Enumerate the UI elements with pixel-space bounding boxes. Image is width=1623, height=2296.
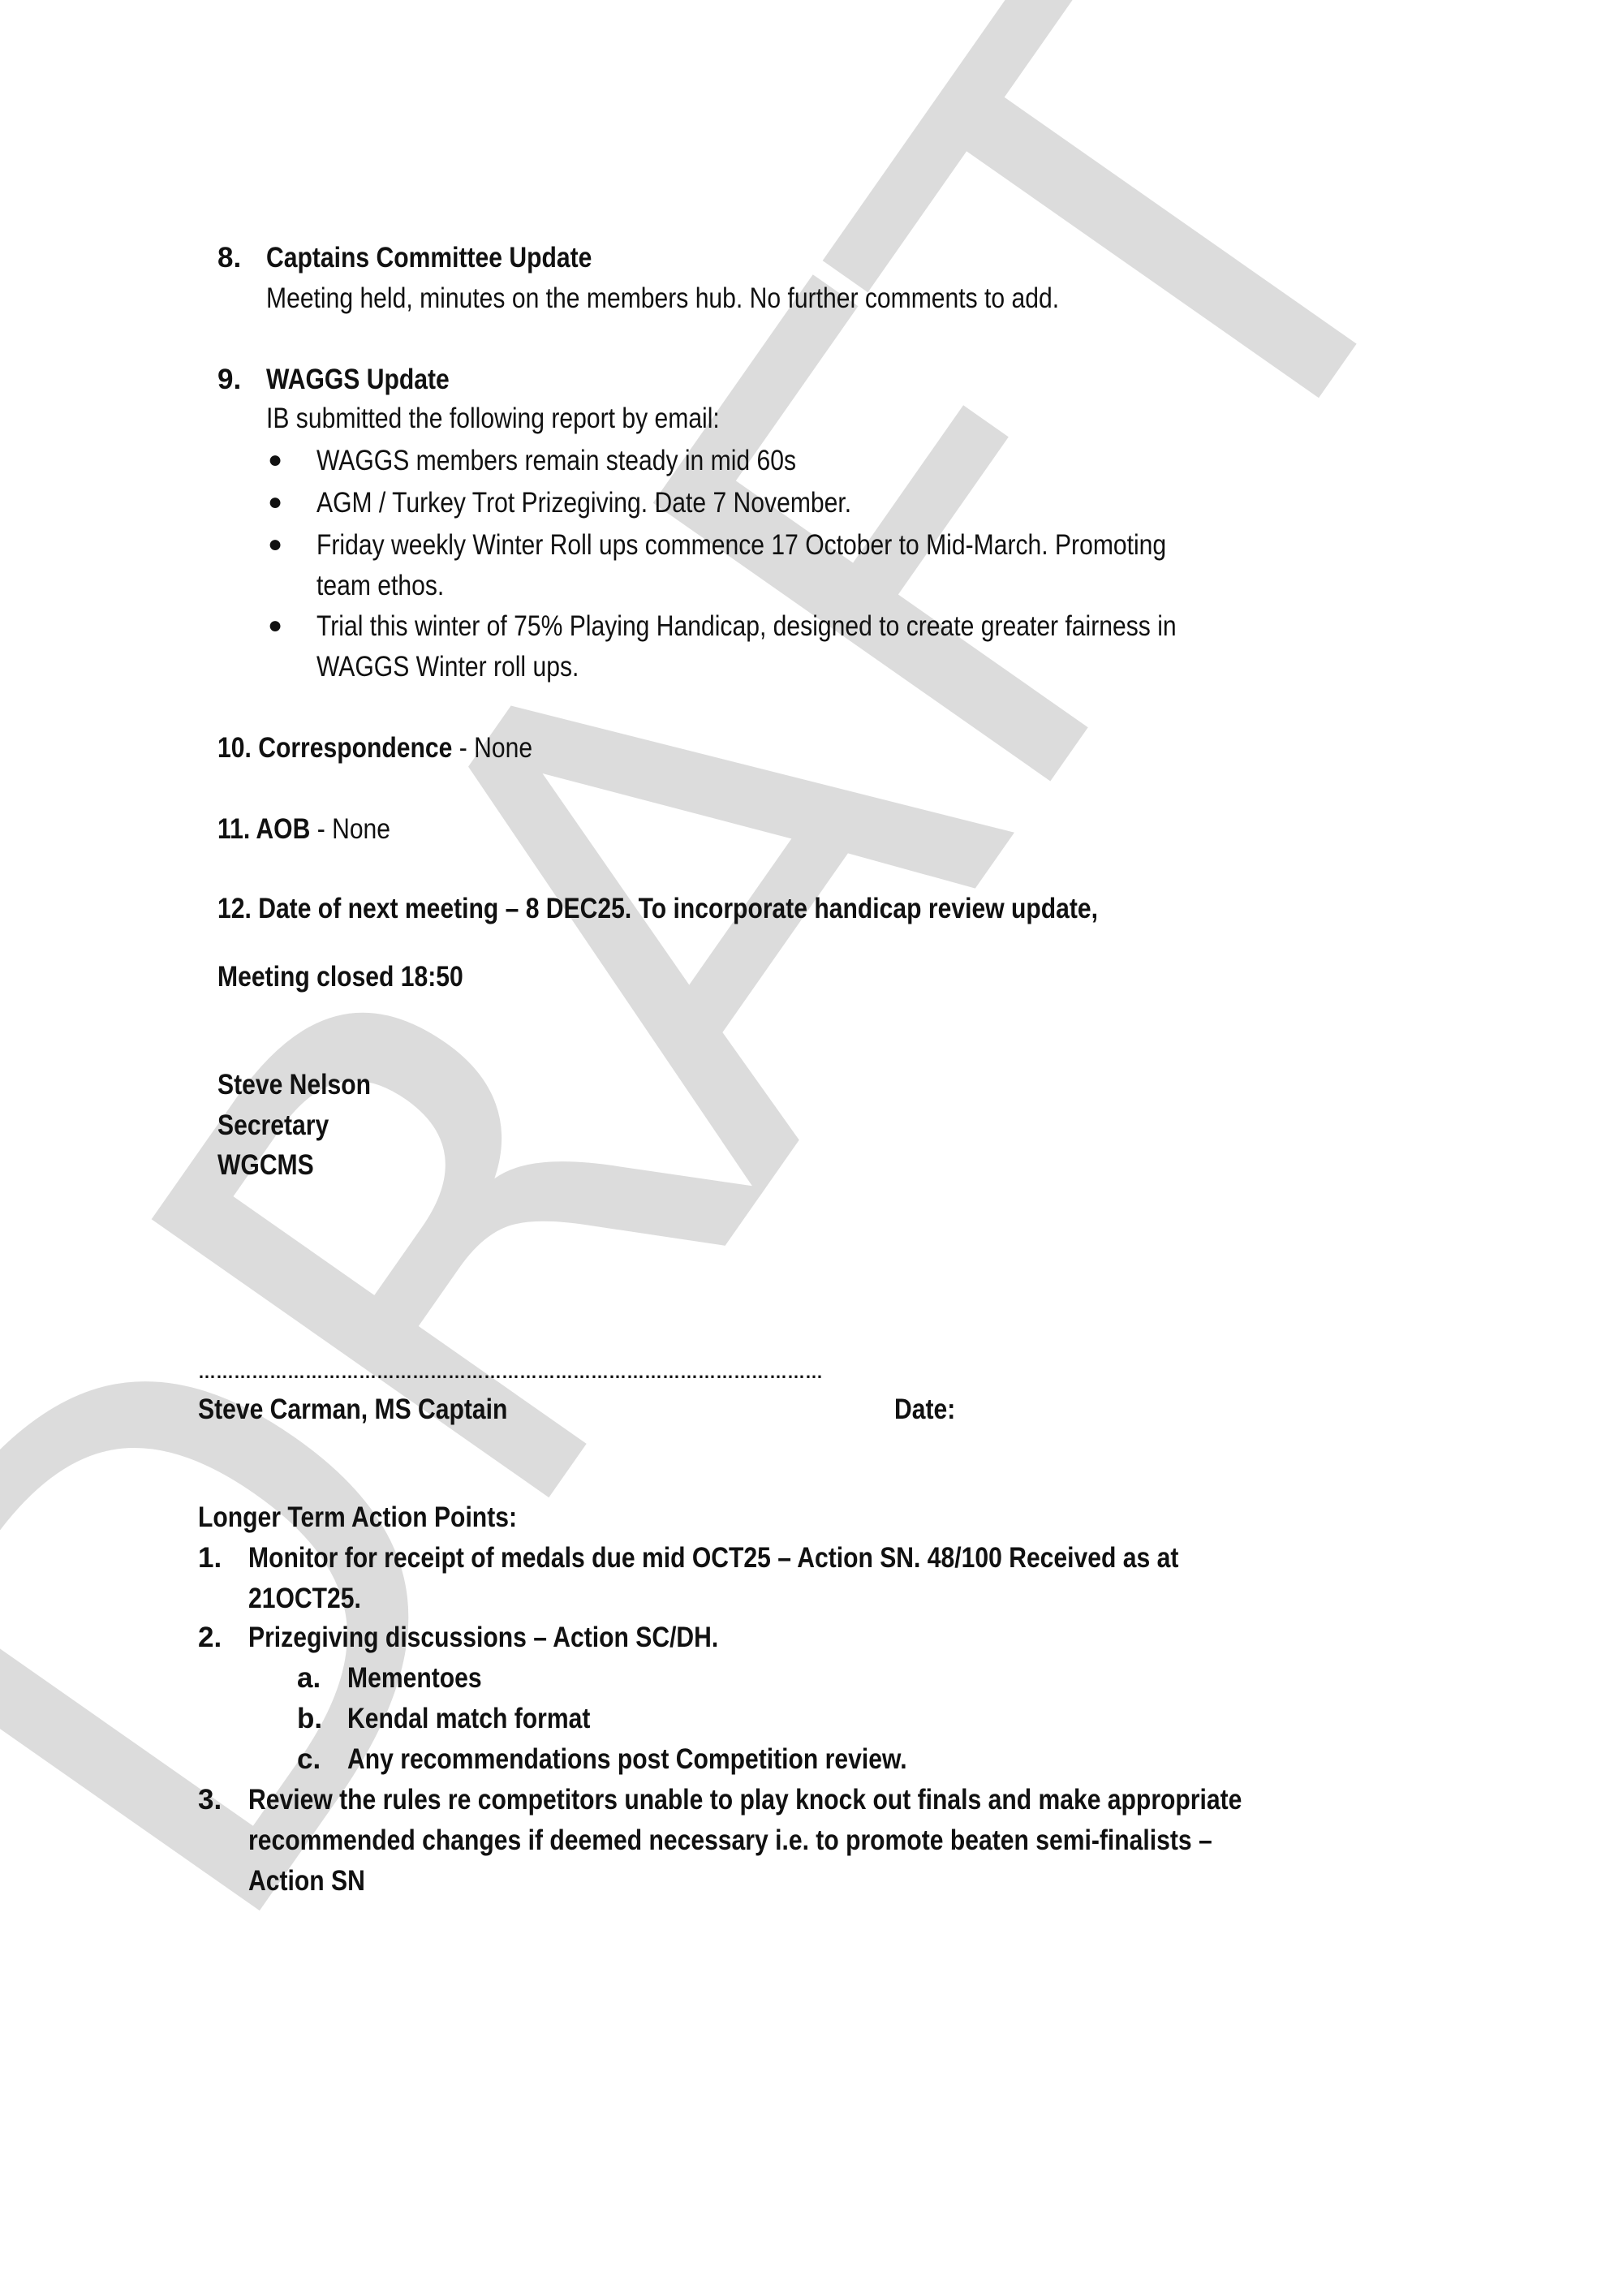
section-title: WAGGS Update: [266, 362, 450, 398]
signature-dotted-line: ……………………………………………………………………………………………: [198, 1360, 823, 1385]
action-number: 1.: [198, 1540, 222, 1576]
bullet-item: Friday weekly Winter Roll ups commence 1…: [316, 528, 1166, 563]
date-label: Date:: [894, 1392, 955, 1428]
section-number: 9.: [217, 362, 241, 398]
section-body: Meeting held, minutes on the members hub…: [266, 281, 1059, 317]
action-item-continued: recommended changes if deemed necessary …: [248, 1823, 1212, 1859]
bullet-item: WAGGS members remain steady in mid 60s: [316, 443, 796, 479]
meeting-closed: Meeting closed 18:50: [217, 959, 463, 995]
section-10: 10. Correspondence - None: [217, 730, 532, 766]
action-number: 3.: [198, 1782, 222, 1818]
minutes-content: 8. Captains Committee Update Meeting hel…: [0, 0, 1623, 2296]
section-label: 10. Correspondence: [217, 732, 452, 764]
bullet-icon: ●: [268, 442, 282, 478]
document-page: DRAFT 8. Captains Committee Update Meeti…: [0, 0, 1623, 2296]
action-item: Prizegiving discussions – Action SC/DH.: [248, 1620, 718, 1656]
bullet-icon: ●: [268, 485, 282, 520]
sub-item-letter: a.: [297, 1661, 321, 1696]
section-value: - None: [452, 732, 532, 764]
signatory-role: Secretary: [217, 1108, 329, 1144]
section-12: 12. Date of next meeting – 8 DEC25. To i…: [217, 891, 1098, 927]
sub-item-letter: c.: [297, 1742, 321, 1777]
section-value: - None: [310, 813, 390, 845]
section-title: Captains Committee Update: [266, 240, 592, 276]
countersignatory: Steve Carman, MS Captain: [198, 1392, 507, 1428]
action-item: Monitor for receipt of medals due mid OC…: [248, 1540, 1178, 1576]
action-number: 2.: [198, 1620, 222, 1656]
bullet-item-continued: team ethos.: [316, 568, 444, 604]
bullet-icon: ●: [268, 608, 282, 644]
signatory-name: Steve Nelson: [217, 1067, 371, 1103]
bullet-item: AGM / Turkey Trot Prizegiving. Date 7 No…: [316, 485, 851, 521]
bullet-item-continued: WAGGS Winter roll ups.: [316, 649, 579, 685]
action-item-continued: Action SN: [248, 1863, 365, 1899]
bullet-item: Trial this winter of 75% Playing Handica…: [316, 609, 1177, 644]
sub-item: Kendal match format: [347, 1701, 590, 1737]
section-label: 11. AOB: [217, 813, 310, 845]
bullet-icon: ●: [268, 527, 282, 562]
sub-item: Any recommendations post Competition rev…: [347, 1742, 907, 1777]
action-item: Review the rules re competitors unable t…: [248, 1782, 1242, 1818]
action-item-continued: 21OCT25.: [248, 1581, 361, 1617]
sub-item-letter: b.: [297, 1701, 322, 1737]
signatory-org: WGCMS: [217, 1148, 314, 1183]
sub-item: Mementoes: [347, 1661, 482, 1696]
action-points-heading: Longer Term Action Points:: [198, 1500, 517, 1536]
section-11: 11. AOB - None: [217, 812, 390, 847]
section-intro: IB submitted the following report by ema…: [266, 401, 720, 437]
section-number: 8.: [217, 240, 241, 276]
